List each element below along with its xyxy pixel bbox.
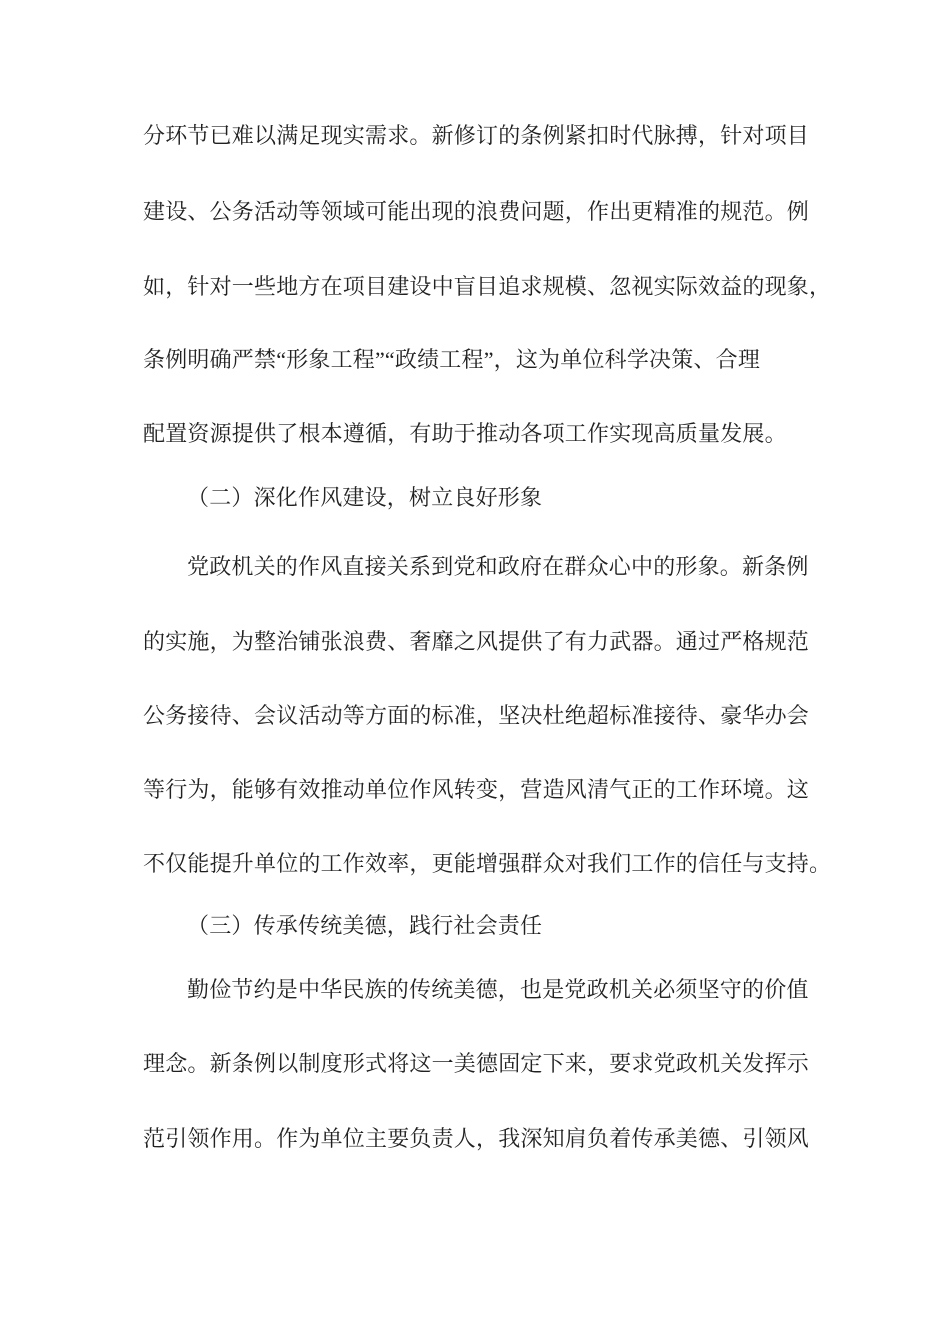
text-line: 的实施，为整治铺张浪费、奢靡之风提供了有力武器。通过严格规范 [143, 630, 809, 654]
text-line: 建设、公务活动等领域可能出现的浪费问题，作出更精准的规范。例 [143, 200, 809, 224]
text-line: 勤俭节约是中华民族的传统美德，也是党政机关必须坚守的价值 [187, 978, 809, 1002]
text-line: 党政机关的作风直接关系到党和政府在群众心中的形象。新条例 [187, 555, 809, 579]
text-line: 公务接待、会议活动等方面的标准，坚决杜绝超标准接待、豪华办会 [143, 704, 809, 728]
section-heading-2: （二）深化作风建设，树立良好形象 [187, 486, 542, 510]
text-line: 理念。新条例以制度形式将这一美德固定下来，要求党政机关发挥示 [143, 1052, 809, 1076]
text-line: 等行为，能够有效推动单位作风转变，营造风清气正的工作环境。这 [143, 778, 809, 802]
text-line: 分环节已难以满足现实需求。新修订的条例紧扣时代脉搏，针对项目 [143, 124, 809, 148]
section-heading-3: （三）传承传统美德，践行社会责任 [187, 914, 542, 938]
text-line: 不仅能提升单位的工作效率，更能增强群众对我们工作的信任与支持。 [143, 852, 831, 876]
text-line: 范引领作用。作为单位主要负责人，我深知肩负着传承美德、引领风 [143, 1127, 809, 1151]
text-line: 配置资源提供了根本遵循，有助于推动各项工作实现高质量发展。 [143, 422, 787, 446]
document-page: 分环节已难以满足现实需求。新修订的条例紧扣时代脉搏，针对项目 建设、公务活动等领… [0, 0, 950, 1344]
text-line: 条例明确严禁“形象工程”“政绩工程”，这为单位科学决策、合理 [143, 348, 760, 372]
text-line: 如，针对一些地方在项目建设中盲目追求规模、忽视实际效益的现象， [143, 275, 831, 299]
